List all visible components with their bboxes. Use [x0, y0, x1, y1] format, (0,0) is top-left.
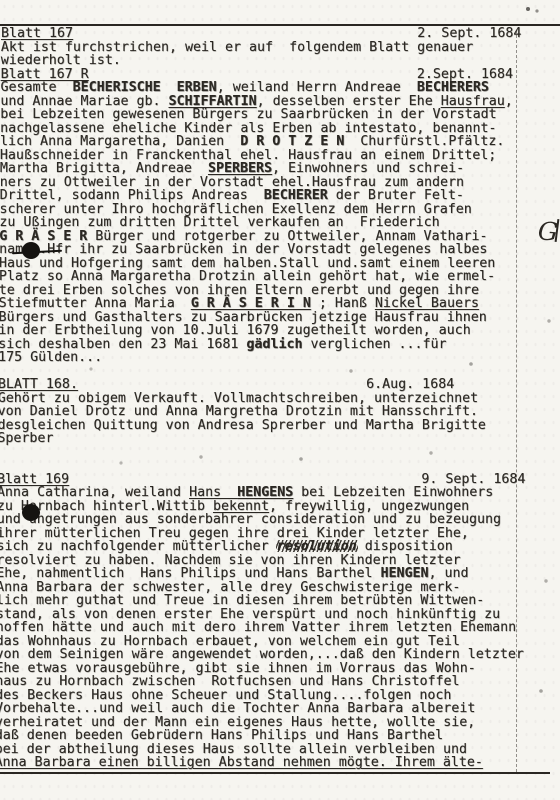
- text-line: daß denen beeden Gebrüdern Hans Philips …: [0, 729, 560, 743]
- text-line: ners zu Ottweiler in der Vorstadt ehel.H…: [0, 176, 560, 190]
- bottom-rule: [0, 772, 550, 774]
- text-line: resolviert zu haben. Nachdem sie von ihr…: [0, 554, 560, 568]
- text-line: Akt ist furchstrichen, weil er auf folge…: [1, 41, 560, 55]
- scan-specks: [0, 0, 2, 2]
- text-line: Blatt 167 R 2.Sept. 1684: [1, 68, 560, 82]
- blank-line: [0, 446, 560, 460]
- text-line: und Annae Mariae gb. SCHIFFARTIN, dessel…: [0, 95, 560, 109]
- blank-line: [0, 365, 560, 379]
- text-line: nachgelassene eheliche Kinder als Erben …: [0, 122, 560, 136]
- text-line: Drittel, sodann Philips Andreas BECHERER…: [0, 189, 560, 203]
- text-line: haus zu Hornbach zwischen Rotfuchsen und…: [0, 675, 560, 689]
- document-lines: Blatt 167 2. Sept. 1684Akt ist furchstri…: [0, 27, 560, 770]
- text-line: ihrer mütterlichen Treu gegen ihre drei …: [0, 527, 560, 541]
- text-line: bei Lebzeiten gewesenen Bürgers zu Saarb…: [0, 108, 560, 122]
- text-line: Anna Catharina, weiland Hans HENGENS bei…: [0, 486, 560, 500]
- text-line: desgleichen Quittung von Andresa Sprerbe…: [0, 419, 560, 433]
- text-line: Vorbehalte...und weil auch die Tochter A…: [0, 702, 560, 716]
- text-line: te drei Erben solches von ihren Eltern e…: [0, 284, 560, 298]
- ink-blot-2: [22, 504, 40, 521]
- text-line: zu Hornbach hinterl.Wittib bekennt, frey…: [0, 500, 560, 514]
- text-line: lich mehr guthat und Treue in diesen ihr…: [0, 594, 560, 608]
- text-line: nam...Hfr ihr zu Saarbrücken in der Vors…: [0, 243, 560, 257]
- text-line: in der Erbtheilung von 10.Juli 1679 zuge…: [0, 324, 560, 338]
- text-line: Stiefmutter Anna Maria G R Ä S E R I N ;…: [0, 297, 560, 311]
- text-line: Platz so Anna Margaretha Drotzin allein …: [0, 270, 560, 284]
- text-line: von dem Seinigen wäre angewendet worden,…: [0, 648, 560, 662]
- text-line: Gesamte BECHERISCHE ERBEN, weiland Herrn…: [1, 81, 560, 95]
- text-line: von Daniel Drotz und Anna Margretha Drot…: [0, 405, 560, 419]
- text-line: stand, als von denen erster Ehe verspürt…: [0, 608, 560, 622]
- text-line: hoffen hätte und auch mit dero ihrem Vat…: [0, 621, 560, 635]
- text-line: des Beckers Haus ohne Scheuer und Stallu…: [0, 689, 560, 703]
- text-line: verheiratet und der Mann ein eigenes Hau…: [0, 716, 560, 730]
- text-line: Anna Barbara einen billigen Abstand nehm…: [0, 756, 560, 770]
- text-line: Bürgers und Gasthalters zu Saarbrücken j…: [0, 311, 560, 325]
- text-line: Sperber: [0, 432, 560, 446]
- text-line: Ehe etwas vorausgebühre, gibt sie ihnen …: [0, 662, 560, 676]
- text-line: das Wohnhaus zu Hornbach erbauet, von we…: [0, 635, 560, 649]
- text-line: scherer unter Ihro hochgräflichen Exelle…: [0, 203, 560, 217]
- text-line: 175 Gülden...: [0, 351, 560, 365]
- text-line: Haus und Hofgering samt dem halben.Stall…: [0, 257, 560, 271]
- text-line: Gehört zu obigem Verkauft. Vollmachtschr…: [0, 392, 560, 406]
- text-line: wiederholt ist.: [1, 54, 560, 68]
- text-line: Blatt 169 9. Sept. 1684: [0, 473, 560, 487]
- text-line: Anna Barbara der schwester, alle drey Ge…: [0, 581, 560, 595]
- text-line: Ehe, nahmentlich Hans Philips und Hans B…: [0, 567, 560, 581]
- text-line: Blatt 167 2. Sept. 1684: [1, 27, 560, 41]
- blank-line: [0, 459, 560, 473]
- text-line: sich zu nachfolgender mütterlicher resol…: [0, 540, 560, 554]
- text-line: Martha Brigitta, Andreae SPERBERS, Einwo…: [0, 162, 560, 176]
- text-line: lich Anna Margaretha, Danien D R O T Z E…: [0, 135, 560, 149]
- text-line: Haußschneider in Franckenthal ehel. Haus…: [0, 149, 560, 163]
- text-line: BLATT 168. 6.Aug. 1684: [0, 378, 560, 392]
- text-line: G R Ä S E R Bürger und rotgerber zu Ottw…: [0, 230, 560, 244]
- text-line: sich deshalben den 23 Mai 1681 gädlich v…: [0, 338, 560, 352]
- text-line: und ungetrungen aus sonderbahrer conside…: [0, 513, 560, 527]
- text-line: bei der abtheilung dieses Haus sollte al…: [0, 743, 560, 757]
- text-line: zu Ußingen zum dritten Drittel verkaufen…: [0, 216, 560, 230]
